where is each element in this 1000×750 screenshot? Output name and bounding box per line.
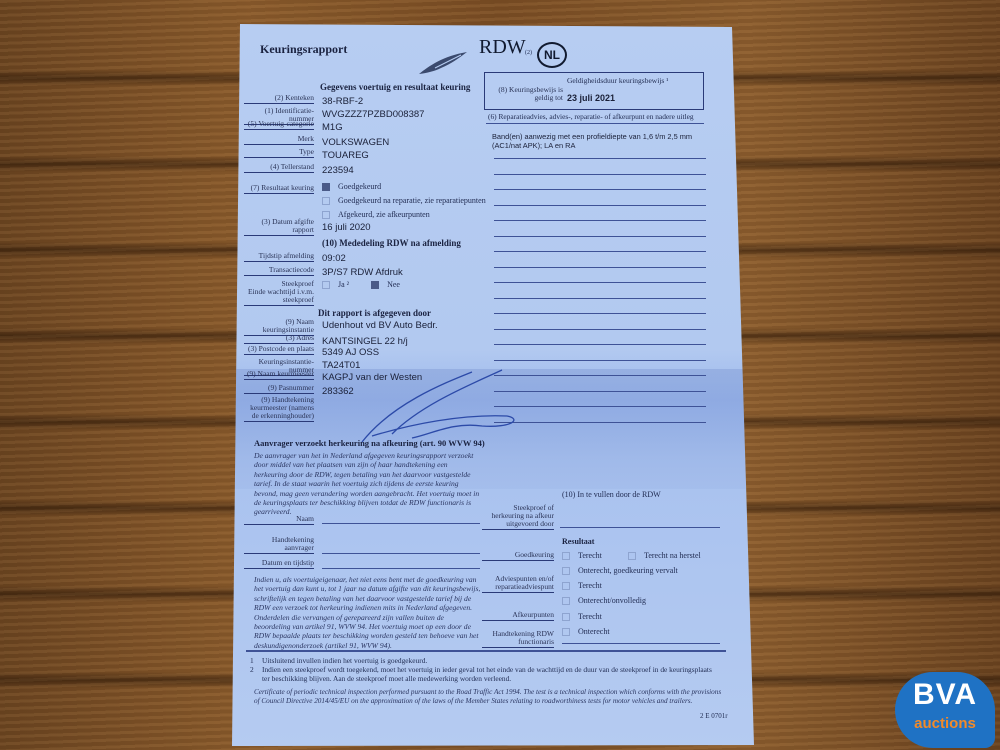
- result-label: (7) Resultaat keuring: [244, 184, 314, 194]
- rdw-checkbox-option: Terecht: [562, 612, 602, 621]
- field-label: Type: [244, 148, 314, 158]
- repair-line: [494, 158, 706, 159]
- checkbox-icon: [562, 567, 570, 575]
- sample-end-label: Einde wachttijd i.v.m. steekproef: [244, 288, 314, 306]
- date-label: (3) Datum afgifte rapport: [244, 218, 314, 236]
- field-label: (4) Tellerstand: [244, 163, 314, 173]
- appeal-text: De aanvrager van het in Nederland afgege…: [254, 451, 482, 517]
- repair-advice-text: Band(en) aanwezig met een profieldiepte …: [492, 132, 706, 150]
- footnotes: 1Uitsluitend invullen indien het voertui…: [250, 656, 720, 683]
- checkbox-icon: [371, 281, 379, 289]
- repair-line: [494, 344, 706, 345]
- rdw-checkbox-option: Onterecht/onvolledig: [562, 596, 646, 605]
- english-note: Certificate of periodic technical inspec…: [254, 688, 724, 705]
- checkbox-icon: [562, 613, 570, 621]
- repair-line: [494, 282, 706, 283]
- issuer-field-label: (3) Adres: [244, 334, 314, 344]
- field-value: VOLKSWAGEN: [322, 137, 389, 148]
- sample-option-label: Ja ²: [338, 280, 349, 289]
- result-option: Goedgekeurd na reparatie, zie reparatiep…: [322, 196, 486, 205]
- checkbox-icon: [322, 197, 330, 205]
- transaction-value: 3P/S7 RDW Afdruk: [322, 267, 403, 278]
- signature-scribble: [332, 364, 522, 444]
- repair-line: [494, 205, 706, 206]
- rdw-checkbox-option: Terecht na herstel: [628, 551, 701, 560]
- issuer-field-value: 5349 AJ OSS: [322, 347, 379, 358]
- sample-options: Ja ²Nee: [322, 280, 422, 289]
- checkbox-icon: [322, 211, 330, 219]
- validity-date: 23 juli 2021: [567, 93, 615, 103]
- rdw-checkbox-label: Terecht: [578, 581, 602, 590]
- rdw-checkbox-option: Onterecht: [562, 627, 610, 636]
- repair-line: [494, 189, 706, 190]
- sample-option-label: Nee: [387, 280, 400, 289]
- issuer-field-label: (9) Handtekening keurmeester (namens de …: [244, 396, 314, 422]
- appeal-signature-label: Handtekening aanvrager: [244, 536, 314, 554]
- issuer-field-label: (9) Pasnummer: [244, 384, 314, 394]
- rdw-logo-icon: [417, 50, 469, 76]
- footnote-number: 2: [250, 665, 262, 683]
- footnote-text: Uitsluitend invullen indien het voertuig…: [262, 656, 427, 665]
- approval-label: Goedkeuring: [482, 551, 554, 561]
- footnote: 1Uitsluitend invullen indien het voertui…: [250, 656, 720, 665]
- footnote: 2Indien een steekproef wordt toegekend, …: [250, 665, 720, 683]
- repair-line: [494, 251, 706, 252]
- validity-label: (8) Keuringsbewijs is geldig tot: [489, 86, 563, 103]
- result-option-label: Afgekeurd, zie afkeurpunten: [338, 210, 430, 219]
- owner-appeal-text: Indien u, als voertuigeigenaar, het niet…: [254, 575, 482, 650]
- rdw-checkbox-label: Onterecht, goedkeuring vervalt: [578, 566, 678, 575]
- validity-heading: Geldigheidsduur keuringsbewijs ¹: [567, 76, 668, 85]
- time-value: 09:02: [322, 253, 346, 264]
- bva-sub: auctions: [895, 715, 995, 732]
- rdw-section-heading: (10) In te vullen door de RDW: [562, 490, 661, 499]
- repair-line: [494, 391, 706, 392]
- transaction-label: Transactiecode: [244, 266, 314, 276]
- checkbox-icon: [322, 183, 330, 191]
- country-badge: NL: [537, 42, 567, 68]
- field-value: M1G: [322, 122, 343, 133]
- rdw-checkbox-option: Terecht: [562, 581, 602, 590]
- footnote-text: Indien een steekproef wordt toegekend, m…: [262, 665, 720, 683]
- field-value: 223594: [322, 165, 354, 176]
- appeal-name-label: Naam: [244, 515, 314, 525]
- time-label: Tijdstip afmelding: [244, 252, 314, 262]
- field-label: (5) Voertuig-categorie: [244, 120, 314, 130]
- checkbox-icon: [562, 552, 570, 560]
- repair-line: [494, 236, 706, 237]
- issuer-field-label: (9) Naam keurmeester: [244, 370, 314, 380]
- sample-option: Ja ²: [322, 280, 349, 289]
- rdw-wordmark: RDW: [479, 36, 526, 59]
- inspection-report-paper: Keuringsrapport RDW (2) NL Gegevens voer…: [232, 24, 754, 748]
- issuer-field-value: Udenhout vd BV Auto Bedr.: [322, 320, 438, 331]
- bva-brand: BVA: [895, 678, 995, 712]
- repair-heading: (6) Reparatieadvies, advies-, reparatie-…: [488, 112, 694, 121]
- appeal-datetime-label: Datum en tijdstip: [244, 559, 314, 569]
- repair-line: [494, 360, 706, 361]
- section-vehicle-heading: Gegevens voertuig en resultaat keuring: [320, 82, 470, 92]
- repair-line: [494, 422, 706, 423]
- issuer-field-label: (3) Postcode en plaats: [244, 345, 314, 355]
- section-issuer-heading: Dit rapport is afgegeven door: [318, 308, 431, 318]
- rdw-checkbox-label: Onterecht/onvolledig: [578, 596, 646, 605]
- field-label: (2) Kenteken: [244, 94, 314, 104]
- rdw-checkbox-option: Terecht: [562, 551, 602, 560]
- repair-line: [494, 329, 706, 330]
- checkbox-icon: [322, 281, 330, 289]
- field-value: 38-RBF-2: [322, 96, 363, 107]
- rdw-checkbox-label: Terecht: [578, 612, 602, 621]
- rdw-checkbox-label: Onterecht: [578, 627, 610, 636]
- document-title: Keuringsrapport: [260, 42, 347, 57]
- rdw-signature-label: Handtekening RDW functionaris: [482, 630, 554, 648]
- checkbox-icon: [562, 597, 570, 605]
- sample-option: Nee: [371, 280, 400, 289]
- section-rdw-heading: (10) Mededeling RDW na afmelding: [322, 238, 461, 248]
- repair-line: [494, 375, 706, 376]
- repair-line: [494, 406, 706, 407]
- repair-line: [494, 313, 706, 314]
- field-value: WVGZZZ7PZBD008387: [322, 109, 424, 120]
- rdw-checkbox-label: Terecht na herstel: [644, 551, 701, 560]
- repair-line: [494, 298, 706, 299]
- validity-box: Geldigheidsduur keuringsbewijs ¹ (8) Keu…: [484, 72, 704, 110]
- repair-line: [494, 267, 706, 268]
- date-value: 16 juli 2020: [322, 222, 371, 233]
- result-option-label: Goedgekeurd: [338, 182, 381, 191]
- checkbox-icon: [628, 552, 636, 560]
- checkbox-icon: [562, 582, 570, 590]
- issuer-field-value: KANTSINGEL 22 h/j: [322, 336, 408, 347]
- result-heading: Resultaat: [562, 537, 594, 546]
- reject-label: Afkeurpunten: [482, 611, 554, 621]
- form-code: 2 E 0701r: [700, 712, 728, 720]
- result-option: Afgekeurd, zie afkeurpunten: [322, 210, 430, 219]
- country-note: (2): [525, 50, 532, 56]
- field-value: TOUAREG: [322, 150, 369, 161]
- checkbox-icon: [562, 628, 570, 636]
- result-option: Goedgekeurd: [322, 182, 381, 191]
- footnote-number: 1: [250, 656, 262, 665]
- repair-line: [494, 174, 706, 175]
- rdw-checkbox-label: Terecht: [578, 551, 602, 560]
- result-option-label: Goedgekeurd na reparatie, zie reparatiep…: [338, 196, 486, 205]
- appeal-heading: Aanvrager verzoekt herkeuring na afkeuri…: [254, 438, 485, 448]
- rdw-checkbox-option: Onterecht, goedkeuring vervalt: [562, 566, 678, 575]
- field-label: Merk: [244, 135, 314, 145]
- repair-line: [494, 220, 706, 221]
- performed-by-label: Steekproef of herkeuring na afkeur uitge…: [482, 504, 554, 530]
- bva-auctions-watermark: BVA auctions: [895, 672, 995, 748]
- advice-label: Adviespunten en/of reparatieadviespunt: [482, 575, 554, 593]
